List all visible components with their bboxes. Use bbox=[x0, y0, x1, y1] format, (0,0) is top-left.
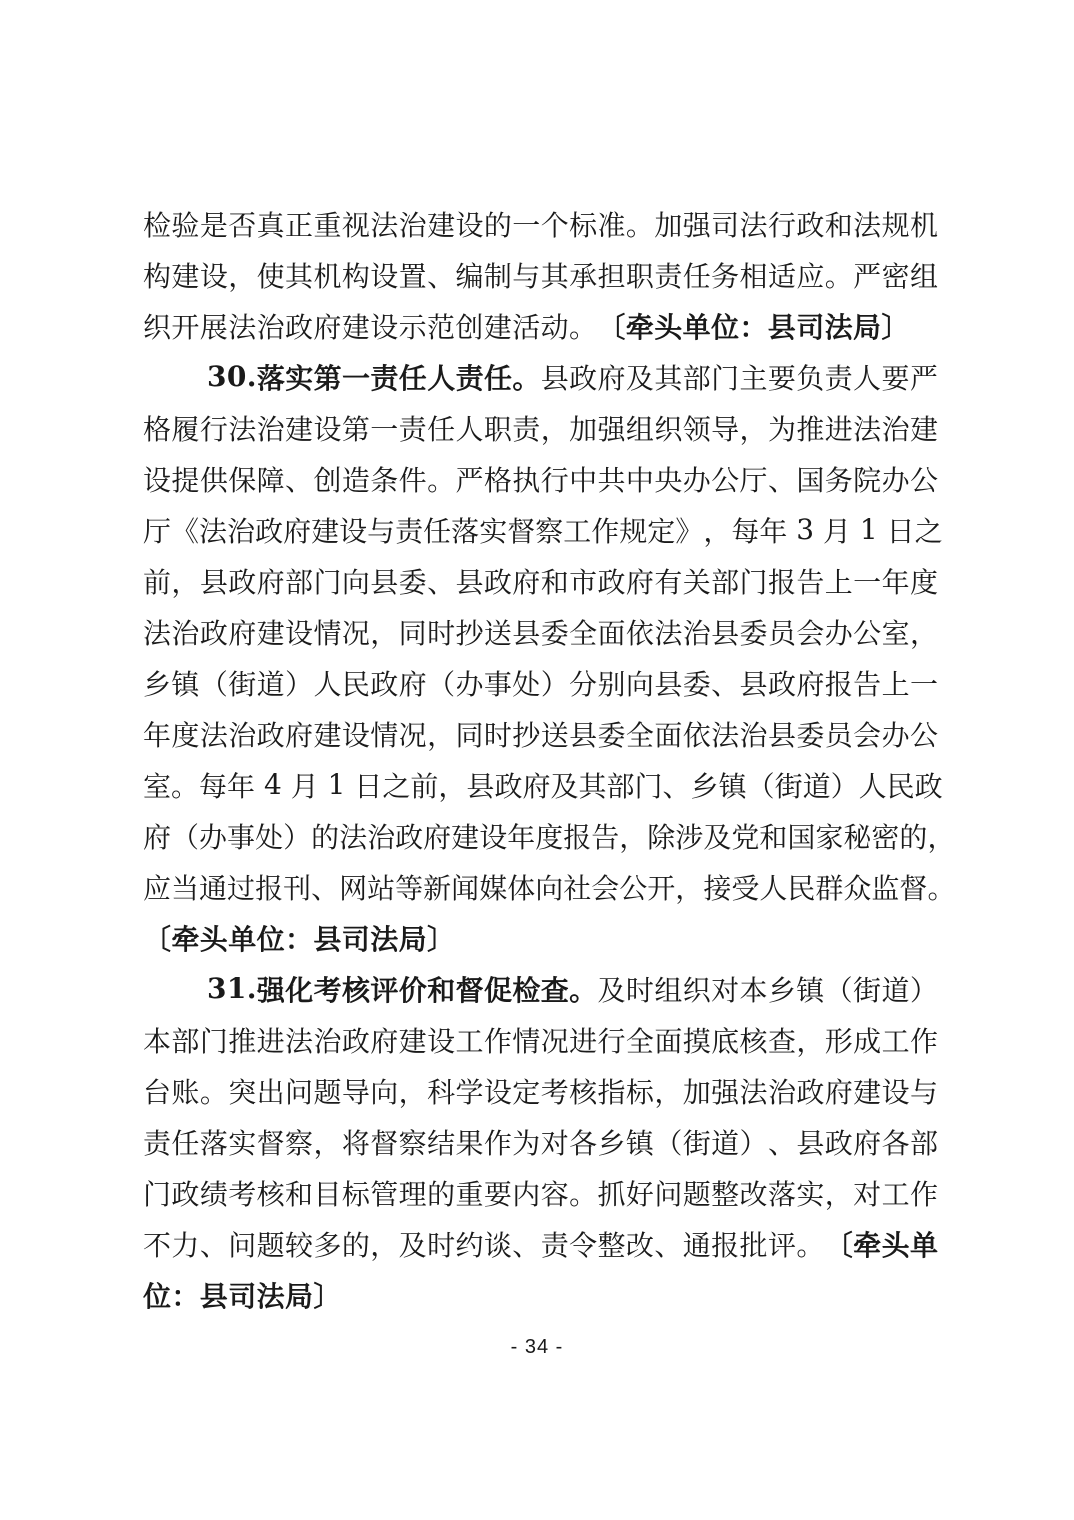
glyph: 厅 bbox=[740, 459, 768, 499]
glyph: 同 bbox=[455, 714, 483, 754]
glyph: 时 bbox=[484, 714, 512, 754]
glyph: 改 bbox=[626, 1224, 654, 1264]
glyph: 构 bbox=[342, 255, 370, 295]
glyph: 抄 bbox=[455, 612, 483, 652]
glyph: 县 bbox=[654, 663, 682, 703]
glyph: 1 bbox=[328, 768, 346, 801]
glyph: 办 bbox=[882, 459, 910, 499]
glyph: 第 bbox=[314, 357, 342, 397]
glyph: 体 bbox=[507, 867, 535, 907]
glyph: 和 bbox=[427, 969, 455, 1009]
glyph: 府 bbox=[228, 612, 256, 652]
glyph: 乡 bbox=[143, 663, 171, 703]
glyph: 的 bbox=[427, 1173, 455, 1213]
glyph: 法 bbox=[143, 612, 171, 652]
glyph: 对 bbox=[853, 1173, 881, 1213]
glyph: 委 bbox=[740, 612, 768, 652]
glyph: 依 bbox=[683, 714, 711, 754]
glyph: 力 bbox=[171, 1224, 199, 1264]
glyph: 重 bbox=[455, 1173, 483, 1213]
glyph: ， bbox=[370, 1224, 398, 1264]
glyph: 民 bbox=[787, 867, 815, 907]
glyph: 评 bbox=[370, 969, 398, 1009]
glyph: 责 bbox=[143, 1122, 171, 1162]
text-line: 责任落实督察，将督察结果作为对各乡镇（街道）、县政府各部 bbox=[143, 1116, 938, 1167]
glyph: （ bbox=[200, 663, 228, 703]
glyph: 责 bbox=[825, 357, 853, 397]
glyph: 闻 bbox=[451, 867, 479, 907]
glyph: 的 bbox=[311, 816, 339, 856]
glyph: 时 bbox=[427, 1224, 455, 1264]
glyph: 之 bbox=[915, 510, 943, 550]
glyph: 行 bbox=[200, 408, 228, 448]
glyph: 等 bbox=[395, 867, 423, 907]
glyph: 告 bbox=[853, 663, 881, 703]
glyph: 建 bbox=[313, 714, 341, 754]
glyph: 部 bbox=[171, 1020, 199, 1060]
glyph: 政 bbox=[796, 1071, 824, 1111]
glyph: 部 bbox=[607, 765, 635, 805]
glyph: 题 bbox=[257, 1224, 285, 1264]
glyph: 行 bbox=[598, 1020, 626, 1060]
glyph: 一 bbox=[370, 408, 398, 448]
glyph: 1 bbox=[227, 972, 246, 1005]
text-line: 厅《法治政府建设与责任落实督察工作规定》，每年 3 月 1 日之 bbox=[143, 504, 938, 555]
glyph: 目 bbox=[313, 1173, 341, 1213]
glyph: 各 bbox=[882, 1122, 910, 1162]
glyph: ， bbox=[541, 408, 569, 448]
glyph: 委 bbox=[399, 561, 427, 601]
glyph: 报 bbox=[825, 663, 853, 703]
glyph: 密 bbox=[882, 255, 910, 295]
glyph: 检 bbox=[143, 204, 171, 244]
glyph: 涉 bbox=[675, 816, 703, 856]
glyph: 道 bbox=[881, 969, 909, 1009]
glyph: 批 bbox=[740, 1224, 768, 1264]
glyph: 形 bbox=[825, 1020, 853, 1060]
glyph: 民 bbox=[342, 663, 370, 703]
glyph: 进 bbox=[569, 1020, 597, 1060]
glyph bbox=[255, 768, 264, 801]
glyph: 条 bbox=[370, 459, 398, 499]
glyph: 和 bbox=[285, 1173, 313, 1213]
glyph: 检 bbox=[512, 969, 540, 1009]
glyph: 责 bbox=[370, 357, 398, 397]
glyph: 法 bbox=[370, 204, 398, 244]
glyph: 抄 bbox=[512, 714, 540, 754]
glyph: 道 bbox=[803, 765, 831, 805]
glyph: 年 bbox=[143, 714, 171, 754]
glyph: 前 bbox=[410, 765, 438, 805]
glyph: 个 bbox=[541, 204, 569, 244]
glyph: 县 bbox=[512, 612, 540, 652]
glyph: 府 bbox=[825, 1071, 853, 1111]
glyph: 室 bbox=[143, 765, 171, 805]
glyph bbox=[282, 768, 291, 801]
glyph: 政 bbox=[228, 561, 256, 601]
glyph: 任 bbox=[423, 510, 451, 550]
glyph: 要 bbox=[881, 357, 909, 397]
glyph: 会 bbox=[853, 714, 881, 754]
glyph: 底 bbox=[711, 1020, 739, 1060]
glyph bbox=[878, 513, 887, 546]
glyph: 是 bbox=[200, 204, 228, 244]
glyph: 之 bbox=[382, 765, 410, 805]
glyph: 履 bbox=[171, 408, 199, 448]
glyph: 县 bbox=[370, 561, 398, 601]
glyph bbox=[851, 513, 860, 546]
text-line: 织开展法治政府建设示范创建活动。〔牵头单位：县司法局〕 bbox=[143, 300, 938, 351]
glyph: 。 bbox=[427, 459, 455, 499]
text-run: 织开展法治政府建设示范创建活动。 bbox=[143, 306, 597, 346]
glyph: 月 bbox=[291, 765, 319, 805]
glyph: 镇 bbox=[171, 663, 199, 703]
glyph: 处 bbox=[512, 663, 540, 703]
glyph: 实 bbox=[228, 1122, 256, 1162]
glyph: 重 bbox=[313, 204, 341, 244]
glyph: ， bbox=[675, 867, 703, 907]
glyph: 察 bbox=[399, 1122, 427, 1162]
glyph: 府 bbox=[853, 1122, 881, 1162]
text-line: 乡镇（街道）人民政府（办事处）分别向县委、县政府报告上一 bbox=[143, 657, 938, 708]
glyph: 上 bbox=[825, 561, 853, 601]
glyph: 府 bbox=[143, 816, 171, 856]
glyph: 况 bbox=[342, 612, 370, 652]
glyph: 全 bbox=[626, 714, 654, 754]
glyph: 人 bbox=[759, 867, 787, 907]
glyph: 机 bbox=[910, 204, 938, 244]
glyph: 民 bbox=[887, 765, 915, 805]
glyph: 推 bbox=[228, 1020, 256, 1060]
glyph: 向 bbox=[535, 867, 563, 907]
glyph: 准 bbox=[598, 204, 626, 244]
glyph: 定 bbox=[647, 510, 675, 550]
glyph: 。 bbox=[927, 867, 955, 907]
glyph: 、 bbox=[200, 1224, 228, 1264]
glyph: 政 bbox=[342, 1020, 370, 1060]
glyph: 、 bbox=[711, 663, 739, 703]
glyph: 政 bbox=[257, 714, 285, 754]
glyph: 乡 bbox=[598, 1122, 626, 1162]
glyph: 保 bbox=[228, 459, 256, 499]
glyph: 责 bbox=[456, 357, 484, 397]
glyph: 作 bbox=[484, 1020, 512, 1060]
glyph: 、 bbox=[512, 1224, 540, 1264]
glyph: 、 bbox=[768, 459, 796, 499]
glyph: 对 bbox=[541, 1122, 569, 1162]
glyph: 落 bbox=[768, 1173, 796, 1213]
glyph: 及 bbox=[626, 357, 654, 397]
glyph: 事 bbox=[227, 816, 255, 856]
glyph: 接 bbox=[703, 867, 731, 907]
glyph: 负 bbox=[796, 357, 824, 397]
glyph: 进 bbox=[257, 1020, 285, 1060]
glyph: 办 bbox=[199, 816, 227, 856]
glyph: 适 bbox=[768, 255, 796, 295]
glyph: 指 bbox=[598, 1071, 626, 1111]
glyph: 设 bbox=[143, 459, 171, 499]
glyph: 否 bbox=[228, 204, 256, 244]
glyph: 题 bbox=[683, 1173, 711, 1213]
glyph: 严 bbox=[455, 459, 483, 499]
glyph: ， bbox=[740, 408, 768, 448]
glyph: 其 bbox=[578, 765, 606, 805]
glyph: 督 bbox=[507, 510, 535, 550]
glyph: 、 bbox=[654, 1224, 682, 1264]
glyph: 委 bbox=[541, 612, 569, 652]
glyph: 建 bbox=[427, 204, 455, 244]
glyph: 标 bbox=[569, 204, 597, 244]
glyph: 街 bbox=[228, 663, 256, 703]
glyph: 报 bbox=[563, 816, 591, 856]
glyph: 治 bbox=[257, 408, 285, 448]
glyph: 》 bbox=[675, 510, 703, 550]
glyph: 政 bbox=[494, 765, 522, 805]
glyph: 委 bbox=[598, 714, 626, 754]
page-number: - 34 - bbox=[0, 1336, 1074, 1359]
glyph: 强 bbox=[683, 204, 711, 244]
glyph: 标 bbox=[342, 1173, 370, 1213]
glyph: 考 bbox=[228, 1173, 256, 1213]
glyph: 整 bbox=[711, 1173, 739, 1213]
glyph: 应 bbox=[143, 867, 171, 907]
glyph: 强 bbox=[598, 408, 626, 448]
glyph: 要 bbox=[484, 1173, 512, 1213]
glyph: 门 bbox=[635, 765, 663, 805]
glyph: 部 bbox=[285, 561, 313, 601]
glyph: 正 bbox=[285, 204, 313, 244]
glyph: 约 bbox=[455, 1224, 483, 1264]
glyph: 政 bbox=[569, 357, 597, 397]
glyph: 障 bbox=[257, 459, 285, 499]
glyph: 县 bbox=[541, 357, 569, 397]
glyph: 验 bbox=[171, 204, 199, 244]
glyph: 与 bbox=[910, 1071, 938, 1111]
glyph: 门 bbox=[740, 561, 768, 601]
glyph: 、 bbox=[427, 255, 455, 295]
glyph: 设 bbox=[427, 1020, 455, 1060]
glyph: 度 bbox=[535, 816, 563, 856]
glyph: 。 bbox=[200, 1071, 228, 1111]
glyph: 件 bbox=[399, 459, 427, 499]
glyph: 有 bbox=[654, 561, 682, 601]
glyph: 中 bbox=[626, 459, 654, 499]
glyph: 政 bbox=[768, 663, 796, 703]
text-line: 不力、问题较多的，及时约谈、责令整改、通报批评。〔牵头单 bbox=[143, 1218, 938, 1269]
glyph: 法 bbox=[228, 408, 256, 448]
glyph: 当 bbox=[171, 867, 199, 907]
glyph: 突 bbox=[228, 1071, 256, 1111]
glyph: 社 bbox=[563, 867, 591, 907]
glyph: 府 bbox=[796, 663, 824, 703]
glyph: （ bbox=[825, 969, 853, 1009]
text-line: 构建设，使其机构设置、编制与其承担职责任务相适应。严密组 bbox=[143, 249, 938, 300]
glyph: 县 bbox=[711, 612, 739, 652]
glyph: 办 bbox=[882, 714, 910, 754]
glyph: 对 bbox=[711, 969, 739, 1009]
text-line: 检验是否真正重视法治建设的一个标准。加强司法行政和法规机 bbox=[143, 198, 938, 249]
glyph: 核 bbox=[257, 1173, 285, 1213]
glyph: 月 bbox=[823, 510, 851, 550]
glyph: 治 bbox=[399, 204, 427, 244]
document-page: 检验是否真正重视法治建设的一个标准。加强司法行政和法规机构建设，使其机构设置、编… bbox=[0, 0, 1074, 1520]
glyph: 查 bbox=[541, 969, 569, 1009]
glyph: 强 bbox=[257, 969, 285, 1009]
glyph: 其 bbox=[654, 357, 682, 397]
glyph: 0 bbox=[227, 360, 246, 393]
glyph: 建 bbox=[311, 510, 339, 550]
glyph: 府 bbox=[257, 561, 285, 601]
glyph: 众 bbox=[843, 867, 871, 907]
text-run: 位：县司法局〕 bbox=[143, 1275, 342, 1315]
glyph: 公 bbox=[711, 459, 739, 499]
glyph: 室 bbox=[882, 612, 910, 652]
glyph: 、 bbox=[768, 1122, 796, 1162]
glyph: 一 bbox=[512, 204, 540, 244]
glyph: 府 bbox=[283, 510, 311, 550]
glyph: 群 bbox=[815, 867, 843, 907]
glyph: 设 bbox=[455, 204, 483, 244]
glyph: 时 bbox=[427, 612, 455, 652]
glyph: ， bbox=[796, 1020, 824, 1060]
glyph: 督 bbox=[370, 1122, 398, 1162]
glyph: 年 bbox=[227, 765, 255, 805]
text-line: 府（办事处）的法治政府建设年度报告，除涉及党和国家秘密的， bbox=[143, 810, 938, 861]
glyph: 每 bbox=[731, 510, 759, 550]
glyph: 任 bbox=[427, 408, 455, 448]
glyph: 乡 bbox=[768, 969, 796, 1009]
glyph: 过 bbox=[227, 867, 255, 907]
glyph: 题 bbox=[313, 1071, 341, 1111]
glyph: 街 bbox=[683, 1122, 711, 1162]
glyph: 整 bbox=[598, 1224, 626, 1264]
glyph: （ bbox=[654, 1122, 682, 1162]
glyph: 及 bbox=[598, 969, 626, 1009]
glyph: 法 bbox=[853, 204, 881, 244]
glyph: 管 bbox=[370, 1173, 398, 1213]
glyph: 格 bbox=[484, 459, 512, 499]
glyph: 化 bbox=[285, 969, 313, 1009]
glyph: 情 bbox=[313, 612, 341, 652]
glyph: 建 bbox=[257, 612, 285, 652]
glyph: 较 bbox=[285, 1224, 313, 1264]
glyph: 年 bbox=[759, 510, 787, 550]
glyph: 媒 bbox=[479, 867, 507, 907]
glyph: 导 bbox=[711, 408, 739, 448]
glyph: 政 bbox=[825, 1122, 853, 1162]
glyph: 供 bbox=[200, 459, 228, 499]
glyph: 严 bbox=[910, 357, 938, 397]
glyph: 落 bbox=[451, 510, 479, 550]
glyph: 落 bbox=[257, 357, 285, 397]
glyph: 上 bbox=[882, 663, 910, 703]
text-line: 31.强化考核评价和督促检查。及时组织对本乡镇（街道） bbox=[143, 963, 938, 1014]
glyph: 台 bbox=[143, 1071, 171, 1111]
glyph: 人 bbox=[427, 357, 455, 397]
glyph: 织 bbox=[654, 408, 682, 448]
glyph: 责 bbox=[395, 510, 423, 550]
text-run: 〔牵头单位：县司法局〕 bbox=[597, 306, 909, 346]
glyph: 建 bbox=[285, 408, 313, 448]
glyph: 况 bbox=[399, 714, 427, 754]
text-line: 前，县政府部门向县委、县政府和市政府有关部门报告上一年度 bbox=[143, 555, 938, 606]
glyph: 出 bbox=[257, 1071, 285, 1111]
glyph: 领 bbox=[683, 408, 711, 448]
glyph: 及 bbox=[399, 1224, 427, 1264]
glyph: 府 bbox=[399, 663, 427, 703]
glyph: 核 bbox=[740, 1020, 768, 1060]
glyph: 监 bbox=[871, 867, 899, 907]
glyph: 设 bbox=[285, 612, 313, 652]
glyph: 置 bbox=[399, 255, 427, 295]
glyph: 开 bbox=[647, 867, 675, 907]
glyph: ， bbox=[654, 1071, 682, 1111]
glyph: 会 bbox=[591, 867, 619, 907]
glyph: 理 bbox=[399, 1173, 427, 1213]
glyph: 门 bbox=[313, 561, 341, 601]
glyph: 中 bbox=[569, 459, 597, 499]
glyph: 查 bbox=[768, 1020, 796, 1060]
glyph: 学 bbox=[455, 1071, 483, 1111]
glyph: 督 bbox=[456, 969, 484, 1009]
glyph: 政 bbox=[370, 663, 398, 703]
glyph: 办 bbox=[455, 663, 483, 703]
glyph: 导 bbox=[342, 1071, 370, 1111]
glyph: 治 bbox=[768, 1071, 796, 1111]
glyph: 人 bbox=[859, 765, 887, 805]
glyph: 本 bbox=[143, 1020, 171, 1060]
glyph: 问 bbox=[654, 1173, 682, 1213]
glyph: 治 bbox=[228, 714, 256, 754]
glyph: 与 bbox=[512, 255, 540, 295]
glyph: 家 bbox=[815, 816, 843, 856]
glyph: 国 bbox=[796, 459, 824, 499]
glyph: 谈 bbox=[484, 1224, 512, 1264]
glyph: 组 bbox=[626, 408, 654, 448]
glyph: 头 bbox=[882, 1224, 910, 1264]
glyph: 使 bbox=[257, 255, 285, 295]
glyph: 政 bbox=[395, 816, 423, 856]
glyph: 相 bbox=[740, 255, 768, 295]
glyph: 公 bbox=[910, 459, 938, 499]
text-line: 室。每年 4 月 1 日之前，县政府及其部门、乡镇（街道）人民政 bbox=[143, 759, 938, 810]
glyph: 一 bbox=[342, 357, 370, 397]
glyph: 员 bbox=[825, 714, 853, 754]
glyph: 建 bbox=[399, 1020, 427, 1060]
glyph: 告 bbox=[591, 816, 619, 856]
glyph: 结 bbox=[427, 1122, 455, 1162]
glyph: 职 bbox=[626, 255, 654, 295]
glyph: 处 bbox=[255, 816, 283, 856]
glyph: 情 bbox=[370, 714, 398, 754]
glyph: 全 bbox=[626, 1020, 654, 1060]
text-run: 〔牵头单位：县司法局〕 bbox=[143, 918, 455, 958]
glyph: 和 bbox=[825, 204, 853, 244]
glyph: 容 bbox=[541, 1173, 569, 1213]
glyph: 县 bbox=[740, 663, 768, 703]
glyph: 府 bbox=[285, 714, 313, 754]
glyph: 镇 bbox=[719, 765, 747, 805]
glyph: 情 bbox=[512, 1020, 540, 1060]
glyph: ， bbox=[370, 612, 398, 652]
glyph: 令 bbox=[569, 1224, 597, 1264]
glyph: 、 bbox=[285, 459, 313, 499]
glyph: 职 bbox=[484, 408, 512, 448]
glyph: 一 bbox=[910, 663, 938, 703]
glyph: 《 bbox=[171, 510, 199, 550]
glyph: 向 bbox=[626, 663, 654, 703]
glyph: 多 bbox=[313, 1224, 341, 1264]
